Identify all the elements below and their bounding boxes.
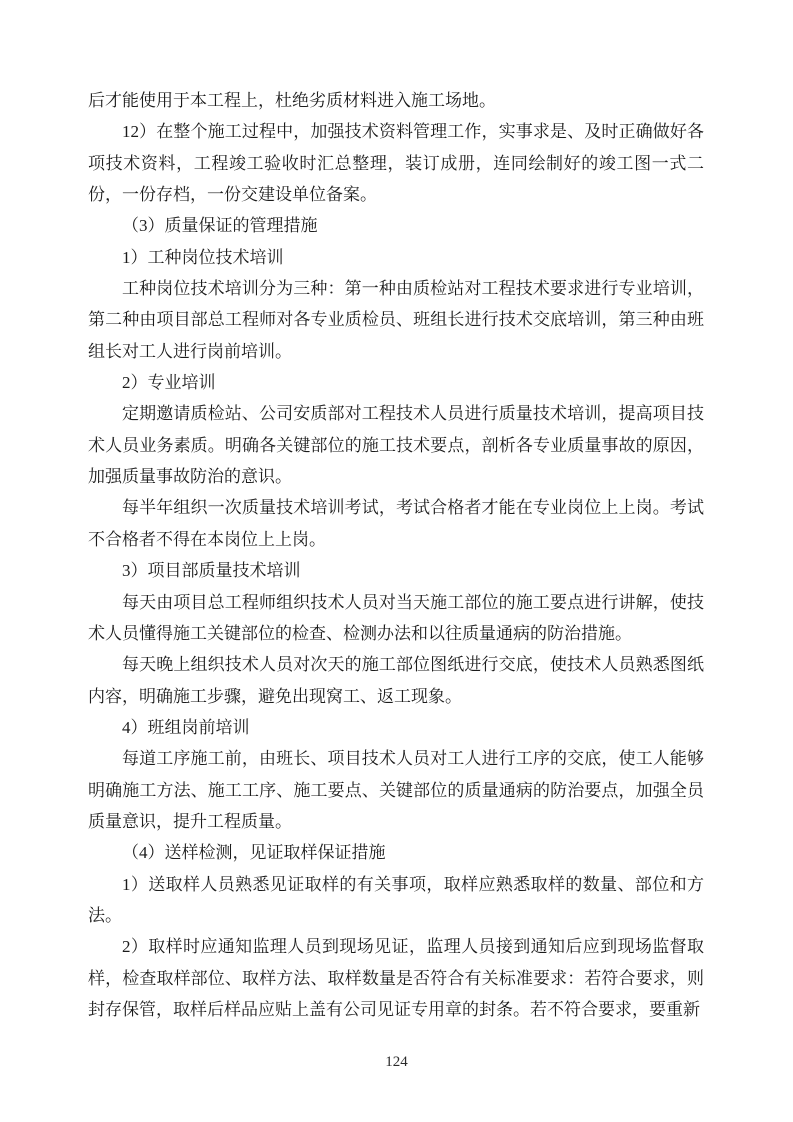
paragraph: 每道工序施工前，由班长、项目技术人员对工人进行工序的交底，使工人能够明确施工方法…: [88, 743, 704, 837]
paragraph: 1）工种岗位技术培训: [88, 242, 704, 273]
paragraph: 2）取样时应通知监理人员到现场见证，监理人员接到通知后应到现场监督取样，检查取样…: [88, 931, 704, 1025]
paragraph: 工种岗位技术培训分为三种：第一种由质检站对工程技术要求进行专业培训，第二种由项目…: [88, 273, 704, 367]
paragraph: 12）在整个施工过程中，加强技术资料管理工作，实事求是、及时正确做好各项技术资料…: [88, 116, 704, 210]
page-number: 124: [0, 1052, 793, 1072]
paragraph: 后才能使用于本工程上，杜绝劣质材料进入施工场地。: [88, 85, 704, 116]
paragraph: （4）送样检测，见证取样保证措施: [88, 837, 704, 868]
document-body: 后才能使用于本工程上，杜绝劣质材料进入施工场地。12）在整个施工过程中，加强技术…: [88, 85, 704, 1025]
paragraph: （3）质量保证的管理措施: [88, 210, 704, 241]
paragraph: 2）专业培训: [88, 367, 704, 398]
paragraph: 每半年组织一次质量技术培训考试，考试合格者才能在专业岗位上上岗。考试不合格者不得…: [88, 492, 704, 555]
paragraph: 1）送取样人员熟悉见证取样的有关事项，取样应熟悉取样的数量、部位和方法。: [88, 869, 704, 932]
paragraph: 每天由项目总工程师组织技术人员对当天施工部位的施工要点进行讲解，使技术人员懂得施…: [88, 587, 704, 650]
paragraph: 每天晚上组织技术人员对次天的施工部位图纸进行交底，使技术人员熟悉图纸内容，明确施…: [88, 649, 704, 712]
paragraph: 4）班组岗前培训: [88, 712, 704, 743]
document-page: 后才能使用于本工程上，杜绝劣质材料进入施工场地。12）在整个施工过程中，加强技术…: [0, 0, 793, 1122]
paragraph: 定期邀请质检站、公司安质部对工程技术人员进行质量技术培训，提高项目技术人员业务素…: [88, 398, 704, 492]
paragraph: 3）项目部质量技术培训: [88, 555, 704, 586]
